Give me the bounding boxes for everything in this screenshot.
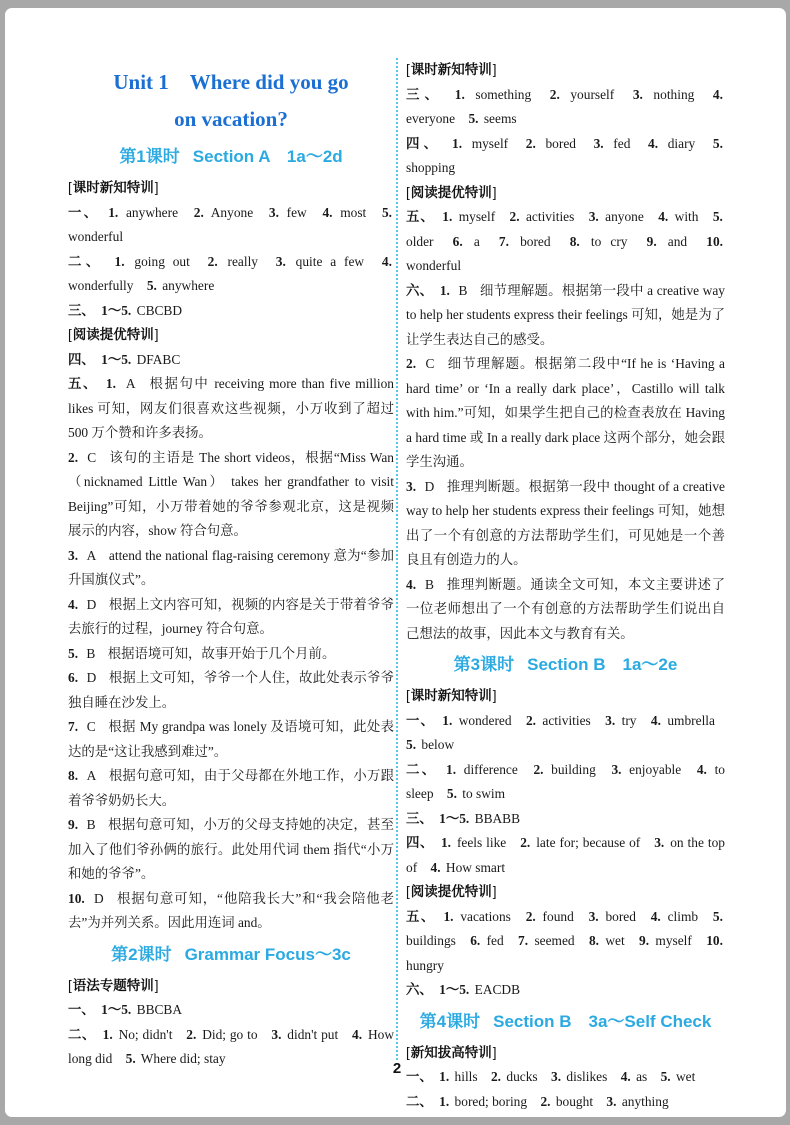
- answer-letter: C: [425, 356, 434, 371]
- answer-item: 2. yourself: [550, 87, 615, 102]
- item-text: bored: [605, 909, 636, 924]
- item-text: older: [406, 234, 434, 249]
- answer-item: 5. anywhere: [147, 278, 214, 293]
- answer-item: 2. Did; go to: [186, 1027, 257, 1042]
- answer-explanation: 4. B 推理判断题。通读全文可知，本文主要讲述了一位老师想出了一个有创意的方法…: [406, 573, 725, 647]
- explanation-text: 根据句意可知，小万的父母支持她的决定，甚至加入了他们爷孙俩的旅行。此处用代词 t…: [68, 817, 394, 881]
- answer-letter: B: [459, 283, 468, 298]
- item-number: 6.: [453, 234, 463, 249]
- explanation-text: 该句的主语是 The short videos，根据“Miss Wan （nic…: [68, 450, 394, 539]
- answer-letter: D: [425, 479, 435, 494]
- item-number: 9.: [639, 933, 649, 948]
- answer-items-row: 二、 1. bored; boring 2. bought 3. anythin…: [406, 1090, 725, 1115]
- answer-item: 8. to cry: [570, 234, 628, 249]
- item-number: 1.: [442, 713, 452, 728]
- item-number: 1～5.: [101, 303, 131, 318]
- answer-item: 1. bored; boring: [439, 1094, 527, 1109]
- answer-items-row: 三、 1～5. BBABB: [406, 807, 725, 832]
- answer-items-row: 一、 1. anywhere 2. Anyone 3. few 4. most …: [68, 201, 394, 250]
- item-number: 1.: [439, 1069, 449, 1084]
- item-number: 3.: [271, 1027, 281, 1042]
- answer-item: 2. activities: [526, 713, 591, 728]
- item-number: 1.: [442, 209, 452, 224]
- explanation-text: 推理判断题。根据第一段中 thought of a creative way t…: [406, 479, 725, 568]
- answer-item: 1～5. EACDB: [439, 982, 520, 997]
- list-lead: 一、: [68, 205, 100, 220]
- answer-item: 1. hills: [439, 1069, 477, 1084]
- item-text: quite a few: [296, 254, 364, 269]
- left-column: Unit 1 Where did you goon vacation?第1课时S…: [68, 60, 394, 1072]
- answer-explanation: 7. C 根据 My grandpa was lonely 及语境可知，此处表达…: [68, 715, 394, 764]
- item-number: 4.: [68, 597, 78, 612]
- item-number: 3.: [606, 1094, 616, 1109]
- item-number: 1.: [103, 1027, 113, 1042]
- answer-item: 6. fed: [470, 933, 504, 948]
- answer-letter: B: [86, 646, 95, 661]
- item-text: CBCBD: [137, 303, 182, 318]
- item-text: everyone: [406, 111, 455, 126]
- lesson-section-title: Section B 3a～Self Check: [493, 1012, 711, 1031]
- item-number: 3.: [654, 835, 664, 850]
- answer-letter: D: [87, 597, 97, 612]
- lesson-number: 第4课时: [420, 1012, 480, 1031]
- answer-explanation: 2. C 该句的主语是 The short videos，根据“Miss Wan…: [68, 446, 394, 544]
- answer-item: 1. something: [455, 87, 531, 102]
- item-number: 2.: [510, 209, 520, 224]
- answer-item: 3. dislikes: [551, 1069, 607, 1084]
- item-text: difference: [464, 762, 518, 777]
- item-number: 1.: [440, 283, 450, 298]
- item-number: 2.: [526, 909, 536, 924]
- list-lead: 六、: [406, 283, 433, 298]
- item-number: 2.: [526, 136, 536, 151]
- item-text: fed: [487, 933, 504, 948]
- training-label: 课时新知特训: [406, 58, 725, 83]
- lesson-section-header: 第2课时Grammar Focus～3c: [68, 939, 394, 970]
- item-number: 2.: [68, 450, 78, 465]
- answer-item: 6. a: [453, 234, 480, 249]
- item-number: 3.: [589, 909, 599, 924]
- item-text: No; didn't: [119, 1027, 173, 1042]
- item-text: enjoyable: [629, 762, 681, 777]
- answer-letter: B: [425, 577, 434, 592]
- answer-item: 1. myself: [452, 136, 508, 151]
- item-number: 5.: [382, 205, 392, 220]
- answer-item: 3. anything: [606, 1094, 668, 1109]
- item-number: 5.: [713, 909, 723, 924]
- explanation-text: 推理判断题。通读全文可知，本文主要讲述了一位老师想出了一个有创意的方法帮助学生们…: [406, 577, 725, 641]
- item-text: found: [543, 909, 574, 924]
- answer-item: 2. Anyone: [194, 205, 253, 220]
- item-text: wondered: [459, 713, 512, 728]
- list-lead: 二、: [406, 762, 437, 777]
- answer-explanation: 6. D 根据上文可知，爷爷一个人住，故此处表示爷爷独自睡在沙发上。: [68, 666, 394, 715]
- answer-item: 4. climb: [651, 909, 698, 924]
- list-lead: 三、: [406, 87, 443, 102]
- answer-item: 2. found: [526, 909, 574, 924]
- unit-title: Unit 1 Where did you goon vacation?: [68, 64, 394, 138]
- item-text: to swim: [462, 786, 505, 801]
- item-text: feels like: [457, 835, 506, 850]
- item-text: BBABB: [475, 811, 520, 826]
- item-number: 3.: [276, 254, 286, 269]
- answer-item: 1. going out: [115, 254, 190, 269]
- answer-item: 4. How smart: [431, 860, 506, 875]
- item-text: How smart: [446, 860, 505, 875]
- answer-explanation: 六、 1. B 细节理解题。根据第一段中 a creative way to h…: [406, 279, 725, 353]
- item-text: anyone: [605, 209, 644, 224]
- item-number: 1～5.: [439, 811, 469, 826]
- item-text: fed: [613, 136, 630, 151]
- answer-item: 1. wondered: [442, 713, 511, 728]
- item-number: 1.: [441, 835, 451, 850]
- item-text: wonderfully: [68, 278, 133, 293]
- lesson-section-header: 第3课时Section B 1a～2e: [406, 649, 725, 680]
- item-number: 10.: [706, 933, 723, 948]
- item-number: 5.: [147, 278, 157, 293]
- item-text: activities: [542, 713, 590, 728]
- right-column: 课时新知特训三、 1. something 2. yourself 3. not…: [406, 58, 725, 1114]
- item-number: 4.: [658, 209, 668, 224]
- item-text: as: [636, 1069, 647, 1084]
- item-number: 2.: [526, 713, 536, 728]
- list-lead: 五、: [406, 209, 435, 224]
- item-number: 4.: [352, 1027, 362, 1042]
- item-text: and: [668, 234, 687, 249]
- item-text: really: [228, 254, 258, 269]
- item-text: Where did; stay: [141, 1051, 226, 1066]
- item-number: 7.: [499, 234, 509, 249]
- lesson-number: 第1课时: [119, 147, 179, 166]
- item-number: 5.: [468, 111, 478, 126]
- item-number: 1.: [446, 762, 456, 777]
- item-number: 6.: [470, 933, 480, 948]
- item-number: 3.: [551, 1069, 561, 1084]
- lesson-section-header: 第1课时Section A 1a～2d: [68, 141, 394, 172]
- item-number: 2.: [491, 1069, 501, 1084]
- answer-item: 2. activities: [510, 209, 575, 224]
- lesson-section-header: 第4课时Section B 3a～Self Check: [406, 1006, 725, 1037]
- answer-explanation: 8. A 根据句意可知，由于父母都在外地工作，小万跟着爷爷奶奶长大。: [68, 764, 394, 813]
- item-number: 3.: [633, 87, 643, 102]
- item-text: shopping: [406, 160, 455, 175]
- answer-items-row: 四、 1. myself 2. bored 3. fed 4. diary 5.…: [406, 132, 725, 181]
- list-lead: 五、: [68, 376, 98, 391]
- answer-item: 3. nothing: [633, 87, 695, 102]
- item-number: 5.: [68, 646, 78, 661]
- answer-explanation: 3. A attend the national flag-raising ce…: [68, 544, 394, 593]
- item-number: 3.: [594, 136, 604, 151]
- item-text: something: [475, 87, 531, 102]
- list-lead: 四、: [406, 136, 441, 151]
- item-text: bought: [556, 1094, 593, 1109]
- item-text: late for; because of: [536, 835, 640, 850]
- item-number: 8.: [570, 234, 580, 249]
- training-label: 课时新知特训: [406, 684, 725, 709]
- answer-items-row: 一、 1. hills 2. ducks 3. dislikes 4. as 5…: [406, 1065, 725, 1090]
- answer-item: 4. with: [658, 209, 698, 224]
- item-number: 2.: [406, 356, 416, 371]
- item-text: wonderful: [68, 229, 123, 244]
- item-text: bored: [520, 234, 551, 249]
- item-number: 4.: [648, 136, 658, 151]
- item-number: 5.: [713, 209, 723, 224]
- answer-item: 3. fed: [594, 136, 631, 151]
- answer-item: 3. enjoyable: [611, 762, 681, 777]
- explanation-text: 细节理解题。根据第二段中“If he is ‘Having a hard tim…: [406, 356, 725, 469]
- item-text: anything: [622, 1094, 669, 1109]
- answer-item: 7. seemed: [518, 933, 575, 948]
- item-number: 2.: [550, 87, 560, 102]
- item-text: diary: [668, 136, 696, 151]
- answer-item: 4. umbrella: [651, 713, 715, 728]
- item-number: 5.: [126, 1051, 136, 1066]
- answer-item: 8. wet: [589, 933, 625, 948]
- answer-items-row: 五、 1. vacations 2. found 3. bored 4. cli…: [406, 905, 725, 979]
- answer-explanation: 10. D 根据句意可知，“他陪我长大”和“我会陪他老去”为并列关系。因此用连词…: [68, 887, 394, 936]
- item-text: going out: [134, 254, 189, 269]
- item-number: 4.: [651, 909, 661, 924]
- item-number: 10.: [706, 234, 723, 249]
- item-text: to cry: [591, 234, 628, 249]
- answer-items-row: 二、 1. difference 2. building 3. enjoyabl…: [406, 758, 725, 807]
- item-number: 3.: [406, 479, 416, 494]
- item-text: DFABC: [137, 352, 181, 367]
- answer-item: 4. as: [621, 1069, 648, 1084]
- answer-explanation: 3. D 推理判断题。根据第一段中 thought of a creative …: [406, 475, 725, 573]
- list-lead: 一、: [406, 713, 435, 728]
- unit-title-line: on vacation?: [68, 101, 394, 138]
- answer-item: 1～5. DFABC: [101, 352, 180, 367]
- item-text: nothing: [653, 87, 694, 102]
- answer-items-row: 五、 1. myself 2. activities 3. anyone 4. …: [406, 205, 725, 279]
- answer-explanation: 5. B 根据语境可知，故事开始于几个月前。: [68, 642, 394, 667]
- item-number: 2.: [186, 1027, 196, 1042]
- answer-item: 1. No; didn't: [103, 1027, 173, 1042]
- item-number: 5.: [447, 786, 457, 801]
- item-number: 4.: [651, 713, 661, 728]
- list-lead: 二、: [406, 1094, 433, 1109]
- item-text: EACDB: [475, 982, 520, 997]
- item-text: myself: [472, 136, 508, 151]
- item-number: 2.: [208, 254, 218, 269]
- item-text: bored; boring: [455, 1094, 528, 1109]
- item-number: 3.: [68, 548, 78, 563]
- item-number: 7.: [68, 719, 78, 734]
- list-lead: 二、: [68, 1027, 96, 1042]
- answer-item: 4. diary: [648, 136, 695, 151]
- explanation-text: 根据语境可知，故事开始于几个月前。: [108, 646, 336, 661]
- item-text: buildings: [406, 933, 456, 948]
- item-text: myself: [459, 209, 495, 224]
- item-number: 2.: [533, 762, 543, 777]
- training-label: 阅读提优特训: [406, 181, 725, 206]
- item-text: Anyone: [211, 205, 253, 220]
- item-number: 4.: [697, 762, 707, 777]
- answer-item: 1. anywhere: [108, 205, 178, 220]
- item-text: BBCBA: [137, 1002, 182, 1017]
- answer-item: 3. quite a few: [276, 254, 364, 269]
- explanation-text: 根据上文可知，爷爷一个人住，故此处表示爷爷独自睡在沙发上。: [68, 670, 394, 710]
- item-text: climb: [668, 909, 699, 924]
- answer-item: 3. didn't put: [271, 1027, 338, 1042]
- item-number: 4.: [431, 860, 441, 875]
- lesson-number: 第3课时: [454, 655, 514, 674]
- answer-items-row: 六、 1～5. EACDB: [406, 978, 725, 1003]
- item-number: 9.: [647, 234, 657, 249]
- item-text: Did; go to: [202, 1027, 257, 1042]
- item-text: hungry: [406, 958, 444, 973]
- answer-item: 5. to swim: [447, 786, 505, 801]
- lesson-section-title: Grammar Focus～3c: [185, 945, 351, 964]
- answer-items-row: 四、 1. feels like 2. late for; because of…: [406, 831, 725, 880]
- answer-items-row: 一、 1. wondered 2. activities 3. try 4. u…: [406, 709, 725, 758]
- list-lead: 四、: [406, 835, 434, 850]
- explanation-text: 根据上文内容可知，视频的内容是关于带着爷爷去旅行的过程，journey 符合句意…: [68, 597, 394, 637]
- answer-item: 2. building: [533, 762, 595, 777]
- lesson-section-title: Section B 1a～2e: [527, 655, 677, 674]
- answer-letter: C: [87, 719, 96, 734]
- answer-item: 5. below: [406, 737, 454, 752]
- answer-letter: D: [94, 891, 104, 906]
- lesson-number: 第2课时: [111, 945, 171, 964]
- answer-explanation: 2. C 细节理解题。根据第二段中“If he is ‘Having a har…: [406, 352, 725, 475]
- workbook-page: Unit 1 Where did you goon vacation?第1课时S…: [5, 8, 786, 1117]
- item-number: 1.: [439, 1094, 449, 1109]
- item-number: 5.: [661, 1069, 671, 1084]
- answer-item: 2. late for; because of: [520, 835, 640, 850]
- item-number: 9.: [68, 817, 78, 832]
- item-text: myself: [655, 933, 691, 948]
- answer-item: 7. bored: [499, 234, 551, 249]
- item-number: 4.: [713, 87, 723, 102]
- answer-explanation: 4. D 根据上文内容可知，视频的内容是关于带着爷爷去旅行的过程，journey…: [68, 593, 394, 642]
- answer-item: 1. myself: [442, 209, 495, 224]
- explanation-text: attend the national flag-raising ceremon…: [68, 548, 394, 588]
- training-label: 语法专题特训: [68, 974, 394, 999]
- answer-item: 5. Where did; stay: [126, 1051, 226, 1066]
- answer-items-row: 二、 1. No; didn't 2. Did; go to 3. didn't…: [68, 1023, 394, 1072]
- answer-item: 1～5. BBABB: [439, 811, 520, 826]
- training-label: 阅读提优特训: [406, 880, 725, 905]
- item-number: 1.: [452, 136, 462, 151]
- list-lead: 四、: [68, 352, 95, 367]
- item-number: 4.: [621, 1069, 631, 1084]
- item-number: 10.: [68, 891, 85, 906]
- answer-item: 1. difference: [446, 762, 518, 777]
- list-lead: 二、: [68, 254, 104, 269]
- item-number: 6.: [68, 670, 78, 685]
- answer-item: 1～5. BBCBA: [101, 1002, 182, 1017]
- item-text: ducks: [506, 1069, 537, 1084]
- answer-explanation: 五、 1. A 根据句中 receiving more than five mi…: [68, 372, 394, 446]
- item-text: seemed: [534, 933, 574, 948]
- item-number: 5.: [406, 737, 416, 752]
- item-number: 1～5.: [101, 352, 131, 367]
- item-number: 1.: [115, 254, 125, 269]
- explanation-text: 细节理解题。根据第一段中 a creative way to help her …: [406, 283, 725, 347]
- item-number: 2.: [540, 1094, 550, 1109]
- item-number: 4.: [322, 205, 332, 220]
- list-lead: 五、: [406, 909, 436, 924]
- answer-item: 4. most: [322, 205, 366, 220]
- answer-items-row: 三、 1. something 2. yourself 3. nothing 4…: [406, 83, 725, 132]
- unit-title-line: Unit 1 Where did you go: [68, 64, 394, 101]
- list-lead: 三、: [68, 303, 95, 318]
- item-text: hills: [455, 1069, 478, 1084]
- item-text: seems: [484, 111, 517, 126]
- item-text: vacations: [460, 909, 511, 924]
- item-text: try: [622, 713, 637, 728]
- item-text: wet: [605, 933, 624, 948]
- training-label: 阅读提优特训: [68, 323, 394, 348]
- answer-item: 5. seems: [468, 111, 516, 126]
- answer-items-row: 二、 1. going out 2. really 3. quite a few…: [68, 250, 394, 299]
- answer-items-row: 三、 1～5. CBCBD: [68, 299, 394, 324]
- answer-item: 5. wet: [661, 1069, 696, 1084]
- item-number: 1～5.: [439, 982, 469, 997]
- answer-letter: C: [87, 450, 96, 465]
- item-text: building: [551, 762, 596, 777]
- item-text: dislikes: [566, 1069, 607, 1084]
- item-text: few: [287, 205, 307, 220]
- answer-item: 3. few: [269, 205, 307, 220]
- item-number: 3.: [605, 713, 615, 728]
- item-number: 1.: [455, 87, 465, 102]
- answer-item: 3. anyone: [589, 209, 644, 224]
- list-lead: 一、: [68, 1002, 95, 1017]
- answer-item: 1～5. CBCBD: [101, 303, 182, 318]
- item-number: 4.: [382, 254, 392, 269]
- answer-item: 2. ducks: [491, 1069, 538, 1084]
- answer-item: 2. bored: [526, 136, 576, 151]
- explanation-text: 根据句意可知，由于父母都在外地工作，小万跟着爷爷奶奶长大。: [68, 768, 394, 808]
- item-number: 3.: [269, 205, 279, 220]
- item-number: 2.: [520, 835, 530, 850]
- item-number: 2.: [194, 205, 204, 220]
- answer-item: 1. vacations: [443, 909, 510, 924]
- answer-items-row: 四、 1～5. DFABC: [68, 348, 394, 373]
- item-number: 3.: [611, 762, 621, 777]
- item-text: with: [675, 209, 699, 224]
- explanation-text: 根据 My grandpa was lonely 及语境可知，此处表达的是“这让…: [68, 719, 394, 759]
- answer-letter: A: [87, 548, 97, 563]
- answer-letter: B: [87, 817, 96, 832]
- answer-letter: A: [126, 376, 136, 391]
- training-label: 课时新知特训: [68, 176, 394, 201]
- explanation-text: 根据句意可知，“他陪我长大”和“我会陪他老去”为并列关系。因此用连词 and。: [68, 891, 394, 931]
- answer-item: 2. really: [208, 254, 258, 269]
- item-text: anywhere: [126, 205, 178, 220]
- item-text: yourself: [570, 87, 614, 102]
- item-number: 1.: [106, 376, 116, 391]
- item-text: wet: [676, 1069, 695, 1084]
- list-lead: 六、: [406, 982, 433, 997]
- item-number: 4.: [406, 577, 416, 592]
- item-number: 8.: [589, 933, 599, 948]
- answer-letter: A: [87, 768, 97, 783]
- answer-letter: D: [87, 670, 97, 685]
- answer-item: 3. bored: [589, 909, 636, 924]
- answer-item: 2. bought: [540, 1094, 593, 1109]
- training-label: 新知拔高特训: [406, 1041, 725, 1066]
- answer-item: 1. feels like: [441, 835, 506, 850]
- column-divider: [396, 58, 398, 1060]
- item-text: most: [340, 205, 366, 220]
- item-number: 1.: [108, 205, 118, 220]
- item-number: 1～5.: [101, 1002, 131, 1017]
- item-text: bored: [545, 136, 576, 151]
